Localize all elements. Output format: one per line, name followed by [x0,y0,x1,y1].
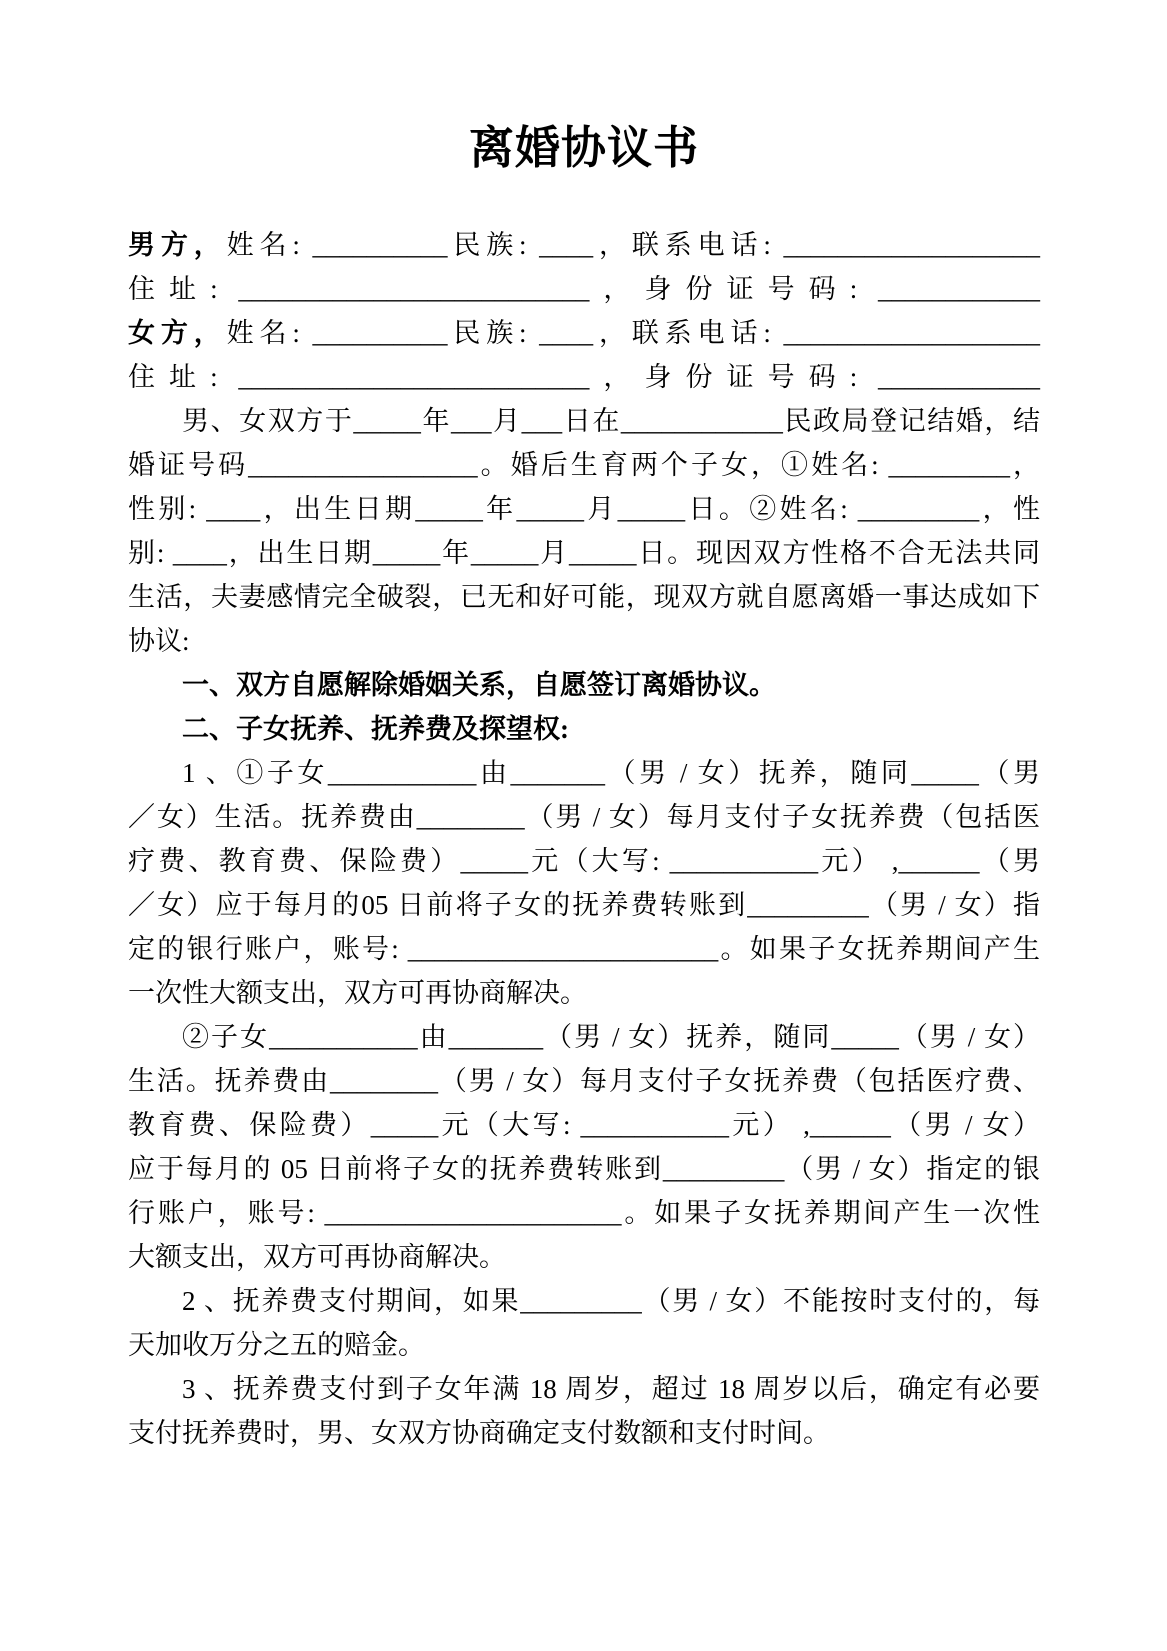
late-payment-penalty-clause-line-1: 2 、抚养费支付期间，如果_________（男 / 女）不能按时支付的，每 [128,1279,1040,1323]
custody-child-1-clause-line-5: 定的银行账户，账号: _______________________。如果子女抚… [128,927,1040,971]
line-text: 二、子女抚养、抚养费及探望权: [182,714,569,744]
line-text: 大额支出，双方可再协商解决。 [128,1242,506,1272]
marriage-registration-clause-line-6: 协议: [128,619,1040,663]
line-text: 生活。抚养费由________（男 / 女）每月支付子女抚养费（包括医疗费、 [128,1066,1040,1096]
line-text: 定的银行账户，账号: _______________________。如果子女抚… [128,934,1040,964]
line-text: ②子女___________由_______（男 / 女）抚养，随同_____（… [182,1022,1040,1052]
marriage-registration-clause-line-2: 婚证号码_________________。婚后生育两个子女，①姓名: ____… [128,443,1040,487]
party-label: 女方， [128,318,227,348]
line-text: 疗费、教育费、保险费）_____元（大写: ___________元） ,___… [128,846,1040,876]
custody-child-2-clause-line-6: 大额支出，双方可再协商解决。 [128,1235,1040,1279]
marriage-registration-clause-line-1: 男、女双方于_____年___月___日在____________民政局登记结婚… [128,399,1040,443]
document-page: 离婚协议书 男方，姓名: __________民族: ____，联系电话: __… [0,0,1167,1651]
line-text: 教育费、保险费）_____元（大写: ___________元） ,______… [128,1110,1040,1140]
custody-child-1-clause-line-2: ／女）生活。抚养费由________（男 / 女）每月支付子女抚养费（包括医 [128,795,1040,839]
line-text: 姓名: __________民族: ____，联系电话: ___________… [227,318,1040,348]
party-info-female-line-1: 女方，姓名: __________民族: ____，联系电话: ________… [128,311,1040,355]
support-age-limit-clause-line-2: 支付抚养费时，男、女双方协商确定支付数额和支付时间。 [128,1411,1040,1455]
custody-child-1-clause-line-6: 一次性大额支出，双方可再协商解决。 [128,971,1040,1015]
line-text: 行账户，账号: ______________________。如果子女抚养期间产… [128,1198,1040,1228]
clause-1-divorce-agreement-line-1: 一、双方自愿解除婚姻关系，自愿签订离婚协议。 [128,663,1040,707]
document-body: 男方，姓名: __________民族: ____，联系电话: ________… [128,223,1040,1455]
document-title: 离婚协议书 [128,118,1040,178]
line-text: 住址: __________________________，身份证号码: __… [128,274,1040,304]
line-text: 天加收万分之五的赔金。 [128,1330,425,1360]
custody-child-2-clause-line-5: 行账户，账号: ______________________。如果子女抚养期间产… [128,1191,1040,1235]
line-text: 男、女双方于_____年___月___日在____________民政局登记结婚… [182,406,1040,436]
custody-child-1-clause-line-1: 1 、①子女___________由_______（男 / 女）抚养，随同___… [128,751,1040,795]
line-text: 1 、①子女___________由_______（男 / 女）抚养，随同___… [182,758,1040,788]
line-text: 住址: __________________________，身份证号码: __… [128,362,1040,392]
line-text: 3 、抚养费支付到子女年满 18 周岁，超过 18 周岁以后，确定有必要 [182,1374,1040,1404]
custody-child-2-clause-line-3: 教育费、保险费）_____元（大写: ___________元） ,______… [128,1103,1040,1147]
custody-child-2-clause-line-2: 生活。抚养费由________（男 / 女）每月支付子女抚养费（包括医疗费、 [128,1059,1040,1103]
support-age-limit-clause-line-1: 3 、抚养费支付到子女年满 18 周岁，超过 18 周岁以后，确定有必要 [128,1367,1040,1411]
marriage-registration-clause-line-4: 别: ____，出生日期_____年_____月_____日。现因双方性格不合无… [128,531,1040,575]
line-text: 一次性大额支出，双方可再协商解决。 [128,978,587,1008]
line-text: 别: ____，出生日期_____年_____月_____日。现因双方性格不合无… [128,538,1040,568]
late-payment-penalty-clause-line-2: 天加收万分之五的赔金。 [128,1323,1040,1367]
line-text: 姓名: __________民族: ____，联系电话: ___________… [227,230,1040,260]
custody-child-1-clause-line-4: ／女）应于每月的05 日前将子女的抚养费转账到_________（男 / 女）指 [128,883,1040,927]
line-text: 协议: [128,626,190,656]
line-text: 应于每月的 05 日前将子女的抚养费转账到_________（男 / 女）指定的… [128,1154,1040,1184]
party-info-male-line-2: 住址: __________________________，身份证号码: __… [128,267,1040,311]
line-text: 生活，夫妻感情完全破裂，已无和好可能，现双方就自愿离婚一事达成如下 [128,582,1040,612]
custody-child-1-clause-line-3: 疗费、教育费、保险费）_____元（大写: ___________元） ,___… [128,839,1040,883]
custody-child-2-clause-line-4: 应于每月的 05 日前将子女的抚养费转账到_________（男 / 女）指定的… [128,1147,1040,1191]
party-info-male-line-1: 男方，姓名: __________民族: ____，联系电话: ________… [128,223,1040,267]
line-text: 2 、抚养费支付期间，如果_________（男 / 女）不能按时支付的，每 [182,1286,1040,1316]
custody-child-2-clause-line-1: ②子女___________由_______（男 / 女）抚养，随同_____（… [128,1015,1040,1059]
party-label: 男方， [128,230,227,260]
party-info-female-line-2: 住址: __________________________，身份证号码: __… [128,355,1040,399]
line-text: 一、双方自愿解除婚姻关系，自愿签订离婚协议。 [182,670,776,700]
marriage-registration-clause-line-5: 生活，夫妻感情完全破裂，已无和好可能，现双方就自愿离婚一事达成如下 [128,575,1040,619]
line-text: ／女）生活。抚养费由________（男 / 女）每月支付子女抚养费（包括医 [128,802,1040,832]
line-text: 婚证号码_________________。婚后生育两个子女，①姓名: ____… [128,450,1040,480]
line-text: 性别: ____，出生日期_____年_____月_____日。②姓名: ___… [128,494,1040,524]
line-text: 支付抚养费时，男、女双方协商确定支付数额和支付时间。 [128,1418,830,1448]
marriage-registration-clause-line-3: 性别: ____，出生日期_____年_____月_____日。②姓名: ___… [128,487,1040,531]
line-text: ／女）应于每月的05 日前将子女的抚养费转账到_________（男 / 女）指 [128,890,1040,920]
clause-2-custody-header-line-1: 二、子女抚养、抚养费及探望权: [128,707,1040,751]
